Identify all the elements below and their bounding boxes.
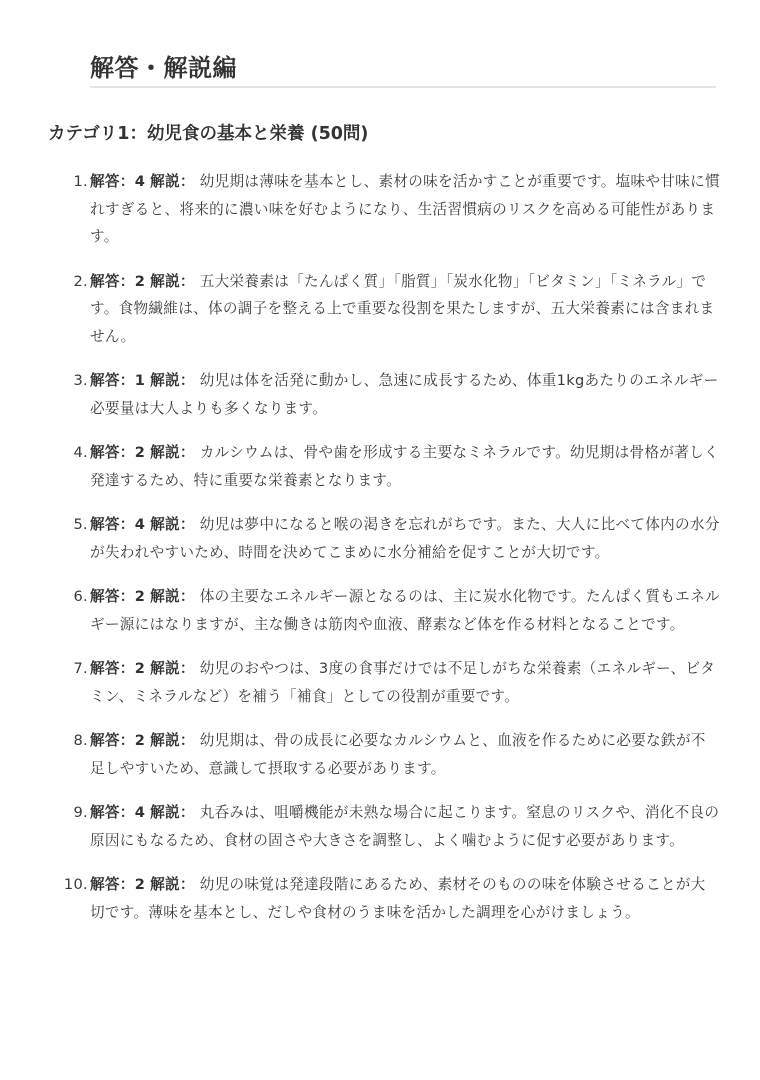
- answer-label: 解答：: [90, 173, 135, 190]
- answer-label: 解答：: [90, 444, 135, 461]
- item-number: 2.: [73, 268, 88, 296]
- answer-value: 1: [135, 372, 145, 389]
- item-number: 8.: [73, 727, 88, 755]
- item-number: 1.: [73, 168, 88, 196]
- item-number: 4.: [73, 439, 88, 467]
- answer-value: 2: [135, 732, 145, 749]
- explanation-label: 解説：: [150, 273, 195, 290]
- item-number: 6.: [73, 583, 88, 611]
- explanation-label: 解説：: [150, 173, 195, 190]
- title-divider: [90, 86, 716, 88]
- answer-label: 解答：: [90, 588, 135, 605]
- item-number: 9.: [73, 799, 88, 827]
- explanation-label: 解説：: [150, 876, 195, 893]
- item-number: 10.: [64, 871, 88, 899]
- answer-value: 4: [135, 804, 145, 821]
- answer-label: 解答：: [90, 660, 135, 677]
- answer-value: 4: [135, 516, 145, 533]
- section-heading: カテゴリ1：幼児食の基本と栄養 (50問): [48, 120, 368, 145]
- answer-item: 5.解答：4 解説： 幼児は夢中になると喉の渇きを忘れがちです。また、大人に比べ…: [0, 511, 760, 566]
- answer-item: 7.解答：2 解説： 幼児のおやつは、3度の食事だけでは不足しがちな栄養素（エネ…: [0, 655, 760, 710]
- answer-label: 解答：: [90, 804, 135, 821]
- answer-value: 2: [135, 660, 145, 677]
- answer-label: 解答：: [90, 273, 135, 290]
- page-title: 解答・解説編: [90, 48, 237, 83]
- answer-label: 解答：: [90, 876, 135, 893]
- answer-label: 解答：: [90, 372, 135, 389]
- answer-item: 10.解答：2 解説： 幼児の味覚は発達段階にあるため、素材そのものの味を体験さ…: [0, 871, 760, 926]
- answer-value: 2: [135, 273, 145, 290]
- answer-item: 9.解答：4 解説： 丸呑みは、咀嚼機能が未熟な場合に起こります。窒息のリスクや…: [0, 799, 760, 854]
- answer-item: 8.解答：2 解説： 幼児期は、骨の成長に必要なカルシウムと、血液を作るために必…: [0, 727, 760, 782]
- answer-value: 2: [135, 444, 145, 461]
- explanation-label: 解説：: [150, 660, 195, 677]
- answer-list: 1.解答：4 解説： 幼児期は薄味を基本とし、素材の味を活かすことが重要です。塩…: [0, 168, 760, 943]
- answer-item: 2.解答：2 解説： 五大栄養素は「たんぱく質」「脂質」「炭水化物」「ビタミン」…: [0, 268, 760, 351]
- explanation-label: 解説：: [150, 804, 195, 821]
- answer-label: 解答：: [90, 732, 135, 749]
- item-number: 3.: [73, 367, 88, 395]
- answer-value: 4: [135, 173, 145, 190]
- explanation-label: 解説：: [150, 732, 195, 749]
- explanation-label: 解説：: [150, 372, 195, 389]
- explanation-label: 解説：: [150, 516, 195, 533]
- answer-label: 解答：: [90, 516, 135, 533]
- answer-item: 3.解答：1 解説： 幼児は体を活発に動かし、急速に成長するため、体重1kgあた…: [0, 367, 760, 422]
- answer-item: 4.解答：2 解説： カルシウムは、骨や歯を形成する主要なミネラルです。幼児期は…: [0, 439, 760, 494]
- answer-value: 2: [135, 588, 145, 605]
- item-number: 5.: [73, 511, 88, 539]
- explanation-label: 解説：: [150, 444, 195, 461]
- answer-item: 1.解答：4 解説： 幼児期は薄味を基本とし、素材の味を活かすことが重要です。塩…: [0, 168, 760, 251]
- explanation-label: 解説：: [150, 588, 195, 605]
- answer-item: 6.解答：2 解説： 体の主要なエネルギー源となるのは、主に炭水化物です。たんぱ…: [0, 583, 760, 638]
- answer-value: 2: [135, 876, 145, 893]
- item-number: 7.: [73, 655, 88, 683]
